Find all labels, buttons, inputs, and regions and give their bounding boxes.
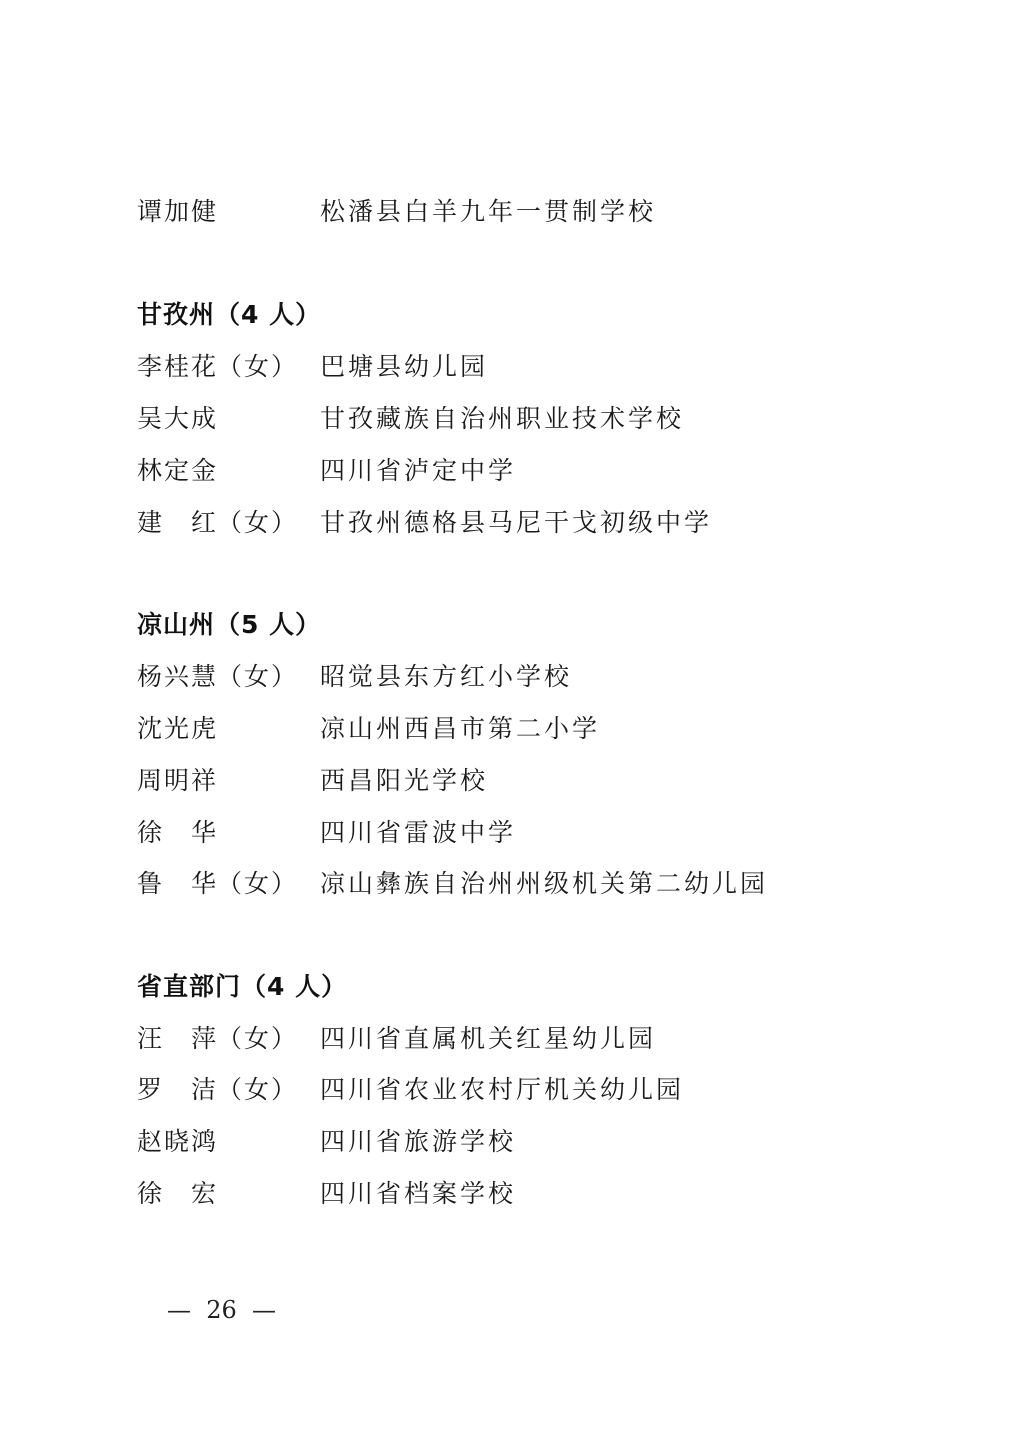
person-name: 周明祥 (137, 763, 218, 799)
organization: 四川省雷波中学 (320, 815, 516, 851)
person-note: （女） (217, 659, 298, 695)
organization: 昭觉县东方红小学校 (320, 659, 572, 695)
person-name: 沈光虎 (137, 711, 218, 747)
organization: 凉山州西昌市第二小学 (320, 711, 600, 747)
organization: 甘孜藏族自治州职业技术学校 (320, 401, 684, 437)
section-heading: 甘孜州（4 人） (137, 297, 321, 333)
organization: 四川省泸定中学 (320, 453, 516, 489)
page-number: — 26 — (167, 1294, 276, 1326)
section-heading: 凉山州（5 人） (137, 607, 321, 643)
person-name: 汪 萍 (137, 1021, 218, 1057)
person-name: 赵晓鸿 (137, 1124, 218, 1160)
person-name: 林定金 (137, 453, 218, 489)
person-name: 吴大成 (137, 401, 218, 437)
person-name: 杨兴慧 (137, 659, 218, 695)
section-heading: 省直部门（4 人） (137, 969, 347, 1005)
person-name: 李桂花 (137, 349, 218, 385)
person-name: 谭加健 (137, 194, 218, 230)
organization: 凉山彝族自治州州级机关第二幼儿园 (320, 866, 768, 902)
organization: 西昌阳光学校 (320, 763, 488, 799)
person-name: 鲁 华 (137, 866, 218, 902)
organization: 四川省直属机关红星幼儿园 (320, 1021, 656, 1057)
person-note: （女） (217, 1072, 298, 1108)
organization: 四川省农业农村厅机关幼儿园 (320, 1072, 684, 1108)
person-name: 建 红 (137, 505, 218, 541)
document-page: 谭加健 松潘县白羊九年一贯制学校 甘孜州（4 人） 李桂花 （女） 巴塘县幼儿园… (0, 0, 1024, 1449)
person-name: 徐 华 (137, 815, 218, 851)
organization: 甘孜州德格县马尼干戈初级中学 (320, 505, 712, 541)
person-name: 徐 宏 (137, 1176, 218, 1212)
organization: 巴塘县幼儿园 (320, 349, 488, 385)
organization: 松潘县白羊九年一贯制学校 (320, 194, 656, 230)
organization: 四川省旅游学校 (320, 1124, 516, 1160)
person-note: （女） (217, 866, 298, 902)
organization: 四川省档案学校 (320, 1176, 516, 1212)
person-note: （女） (217, 349, 298, 385)
person-note: （女） (217, 505, 298, 541)
person-name: 罗 洁 (137, 1072, 218, 1108)
person-note: （女） (217, 1021, 298, 1057)
